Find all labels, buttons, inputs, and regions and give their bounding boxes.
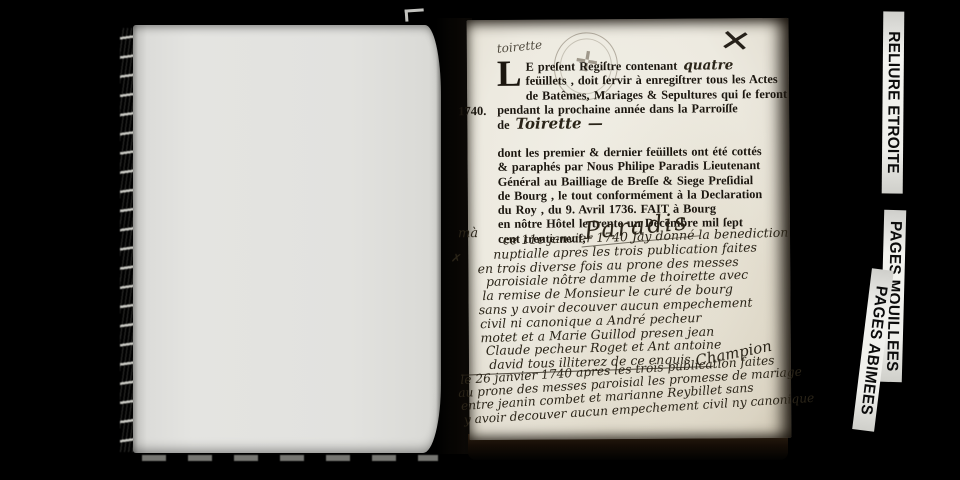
printed-text: de: [497, 118, 509, 132]
printed-line: & paraphés par Nous Philipe Paradis Lieu…: [498, 158, 788, 174]
page-edge-specks: [142, 455, 438, 461]
printed-preamble: L E preſent Regiſtre contenantquatre feü…: [497, 58, 787, 133]
printed-line: feüillets , doit ſervir à enregiſtrer to…: [497, 72, 787, 88]
handwritten-insert: Toirette —: [516, 114, 603, 133]
printed-line: de Batêmes, Mariages & Sepultures qui ſe…: [497, 86, 787, 102]
gutter-corner-mark: [405, 8, 425, 21]
left-blank-page: [133, 25, 441, 453]
drop-cap: L: [497, 61, 522, 89]
condition-label-text: RELIURE ETROITE: [883, 31, 902, 174]
handwritten-insert: quatre: [683, 57, 733, 73]
right-register-page: toirette ✛ ✕ L E preſent Regiſtre conten…: [467, 18, 792, 440]
printed-line: deToirette —: [497, 115, 787, 132]
condition-label-reliure-etroite: RELIURE ETROITE: [882, 11, 905, 193]
handwritten-x-mark: ✕: [717, 23, 754, 60]
book-fore-edge-texture: [120, 28, 134, 452]
margin-year: 1740.: [458, 104, 486, 118]
archival-register-scan: toirette ✛ ✕ L E preſent Regiſtre conten…: [0, 0, 960, 480]
printed-text: E preſent Regiſtre contenant: [526, 59, 678, 74]
printed-line: de Bourg , le tout conformément à la Dec…: [498, 187, 788, 203]
